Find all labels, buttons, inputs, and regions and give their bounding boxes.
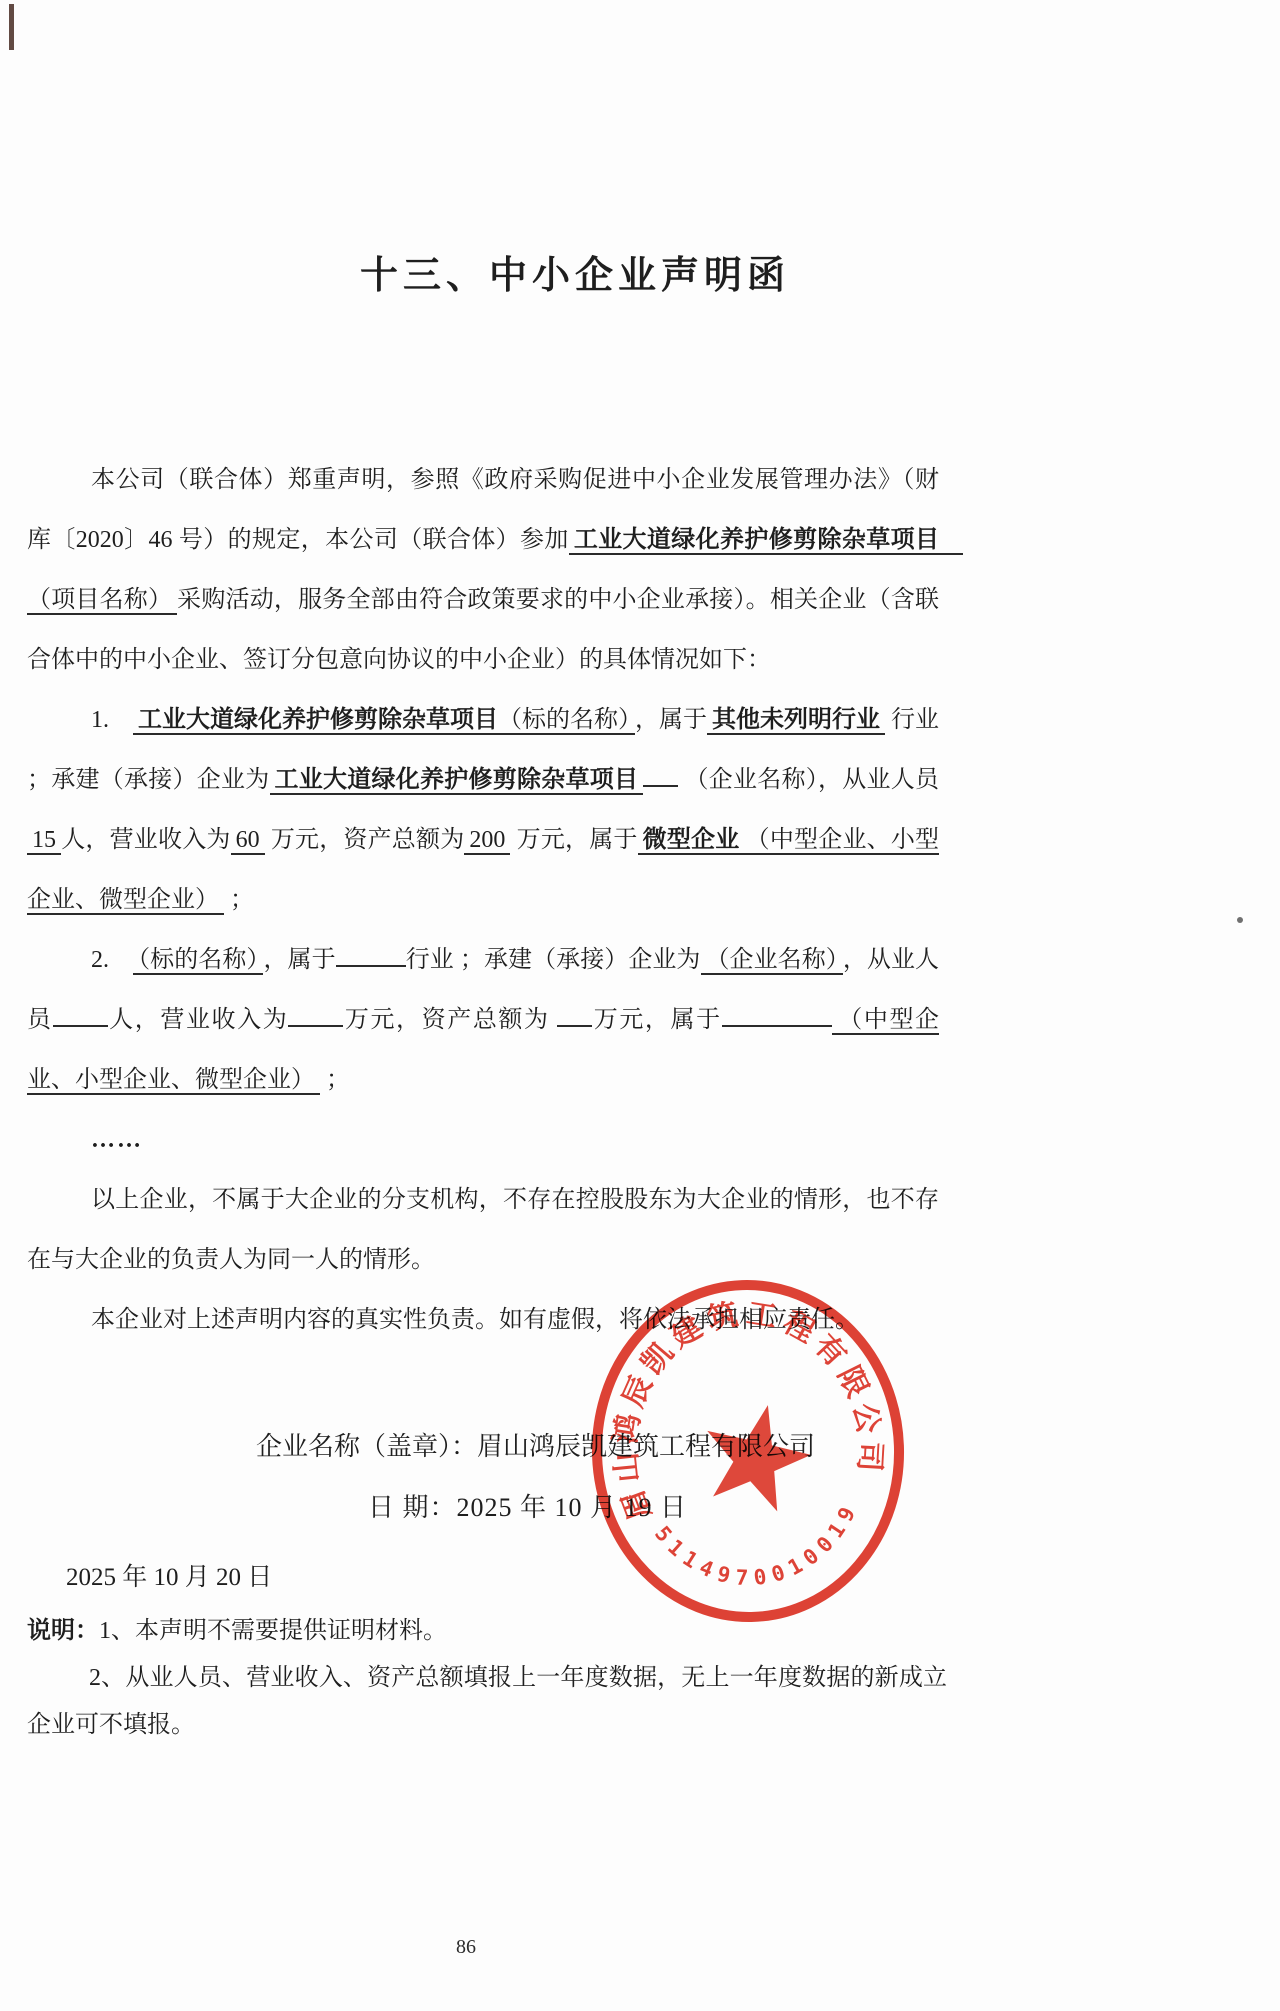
item1-mid3: ，从业人员 (818, 767, 939, 793)
paragraph-declaration: 本公司（联合体）郑重声明，参照《政府采购促进中小企业发展管理办法》（财库〔202… (27, 450, 939, 690)
company-seal-stamp: 眉山鸿辰凯建筑工程有限公司 5114970010019 (577, 1269, 919, 1632)
item1-revenue: 60 (231, 827, 265, 855)
item2-number: 2. (91, 947, 109, 973)
item1-mid6: 万元，属于 (517, 827, 638, 853)
page-number: 86 (456, 1936, 476, 1959)
seal-number-arc-text: 5114970010019 (649, 1496, 866, 1593)
item1-mid4: 人，营业收入为 (61, 827, 231, 853)
item1-number: 1. (91, 707, 109, 733)
item2-assets-blank (557, 999, 592, 1027)
item2-mid4: 人，营业收入为 (108, 1007, 289, 1033)
item1-industry: 其他未列明行业 (707, 707, 885, 735)
item2-mid6: 万元，属于 (592, 1007, 722, 1033)
item2-size-blank (722, 999, 832, 1027)
item2-employees-blank (53, 999, 108, 1027)
note-2: 2、从业人员、营业收入、资产总额填报上一年度数据，无上一年度数据的新成立企业可不… (27, 1655, 947, 1749)
project-name: 工业大道绿化养护修剪除杂草项目 (574, 527, 939, 553)
item2-revenue-blank (288, 999, 343, 1027)
item2-mid5: 万元，资产总额为 (343, 1007, 549, 1033)
item2-mid2: 行业 ；承建（承接）企业为 (406, 947, 701, 973)
notes-label: 说明： (27, 1618, 99, 1644)
item1-size-type: 微型企业 (643, 827, 740, 853)
item1-subject-blank: 工业大道绿化养护修剪除杂草项目（标的名称） (133, 707, 635, 735)
scan-artifact-mark (9, 4, 14, 50)
item1-company-blank-tail (643, 759, 678, 787)
item2-subject-label: （标的名称） (133, 947, 263, 975)
ellipsis-line: …… (27, 1110, 939, 1170)
item1-company: 工业大道绿化养护修剪除杂草项目 (270, 767, 644, 795)
company-seal-label: 企业名称（盖章）： (256, 1432, 477, 1461)
item1-subject-label: （标的名称） (498, 707, 630, 733)
notes-block: 说明：1、本声明不需要提供证明材料。 2、从业人员、营业收入、资产总额填报上一年… (27, 1608, 947, 1749)
note-1-text: 1、本声明不需要提供证明材料。 (99, 1618, 447, 1644)
item1-mid1: ，属于 (635, 707, 707, 733)
item2-mid1: ，属于 (263, 947, 335, 973)
scan-artifact-dot (1237, 917, 1243, 923)
seal-star-icon (706, 1404, 813, 1514)
document-title: 十三、中小企业声明函 (360, 244, 790, 299)
item2-industry-blank (336, 939, 406, 967)
list-item-1: 1. 工业大道绿化养护修剪除杂草项目（标的名称），属于其他未列明行业 行业 ；承… (27, 690, 939, 930)
item2-end: ； (326, 1067, 350, 1093)
item1-mid5: 万元，资产总额为 (271, 827, 465, 853)
item1-company-label: （企业名称） (685, 767, 819, 793)
left-date-line: 2025 年 10 月 20 日 (66, 1557, 272, 1593)
list-item-2: 2. （标的名称），属于行业 ；承建（承接）企业为（企业名称），从业人员人，营业… (27, 930, 939, 1110)
document-body: 本公司（联合体）郑重声明，参照《政府采购促进中小企业发展管理办法》（财库〔202… (27, 450, 939, 1350)
item2-company-label: （企业名称） (701, 947, 843, 975)
item1-assets: 200 (464, 827, 510, 855)
item1-end: ； (230, 887, 254, 913)
item1-subject: 工业大道绿化养护修剪除杂草项目 (138, 707, 498, 733)
project-name-label: （项目名称） (27, 587, 172, 613)
item1-employees: 15 (27, 827, 61, 855)
document-page: 十三、中小企业声明函 本公司（联合体）郑重声明，参照《政府采购促进中小企业发展管… (0, 0, 1280, 2011)
item2-mid3: ，从业人 (843, 947, 939, 973)
item2-mid3b: 员 (27, 1007, 53, 1033)
